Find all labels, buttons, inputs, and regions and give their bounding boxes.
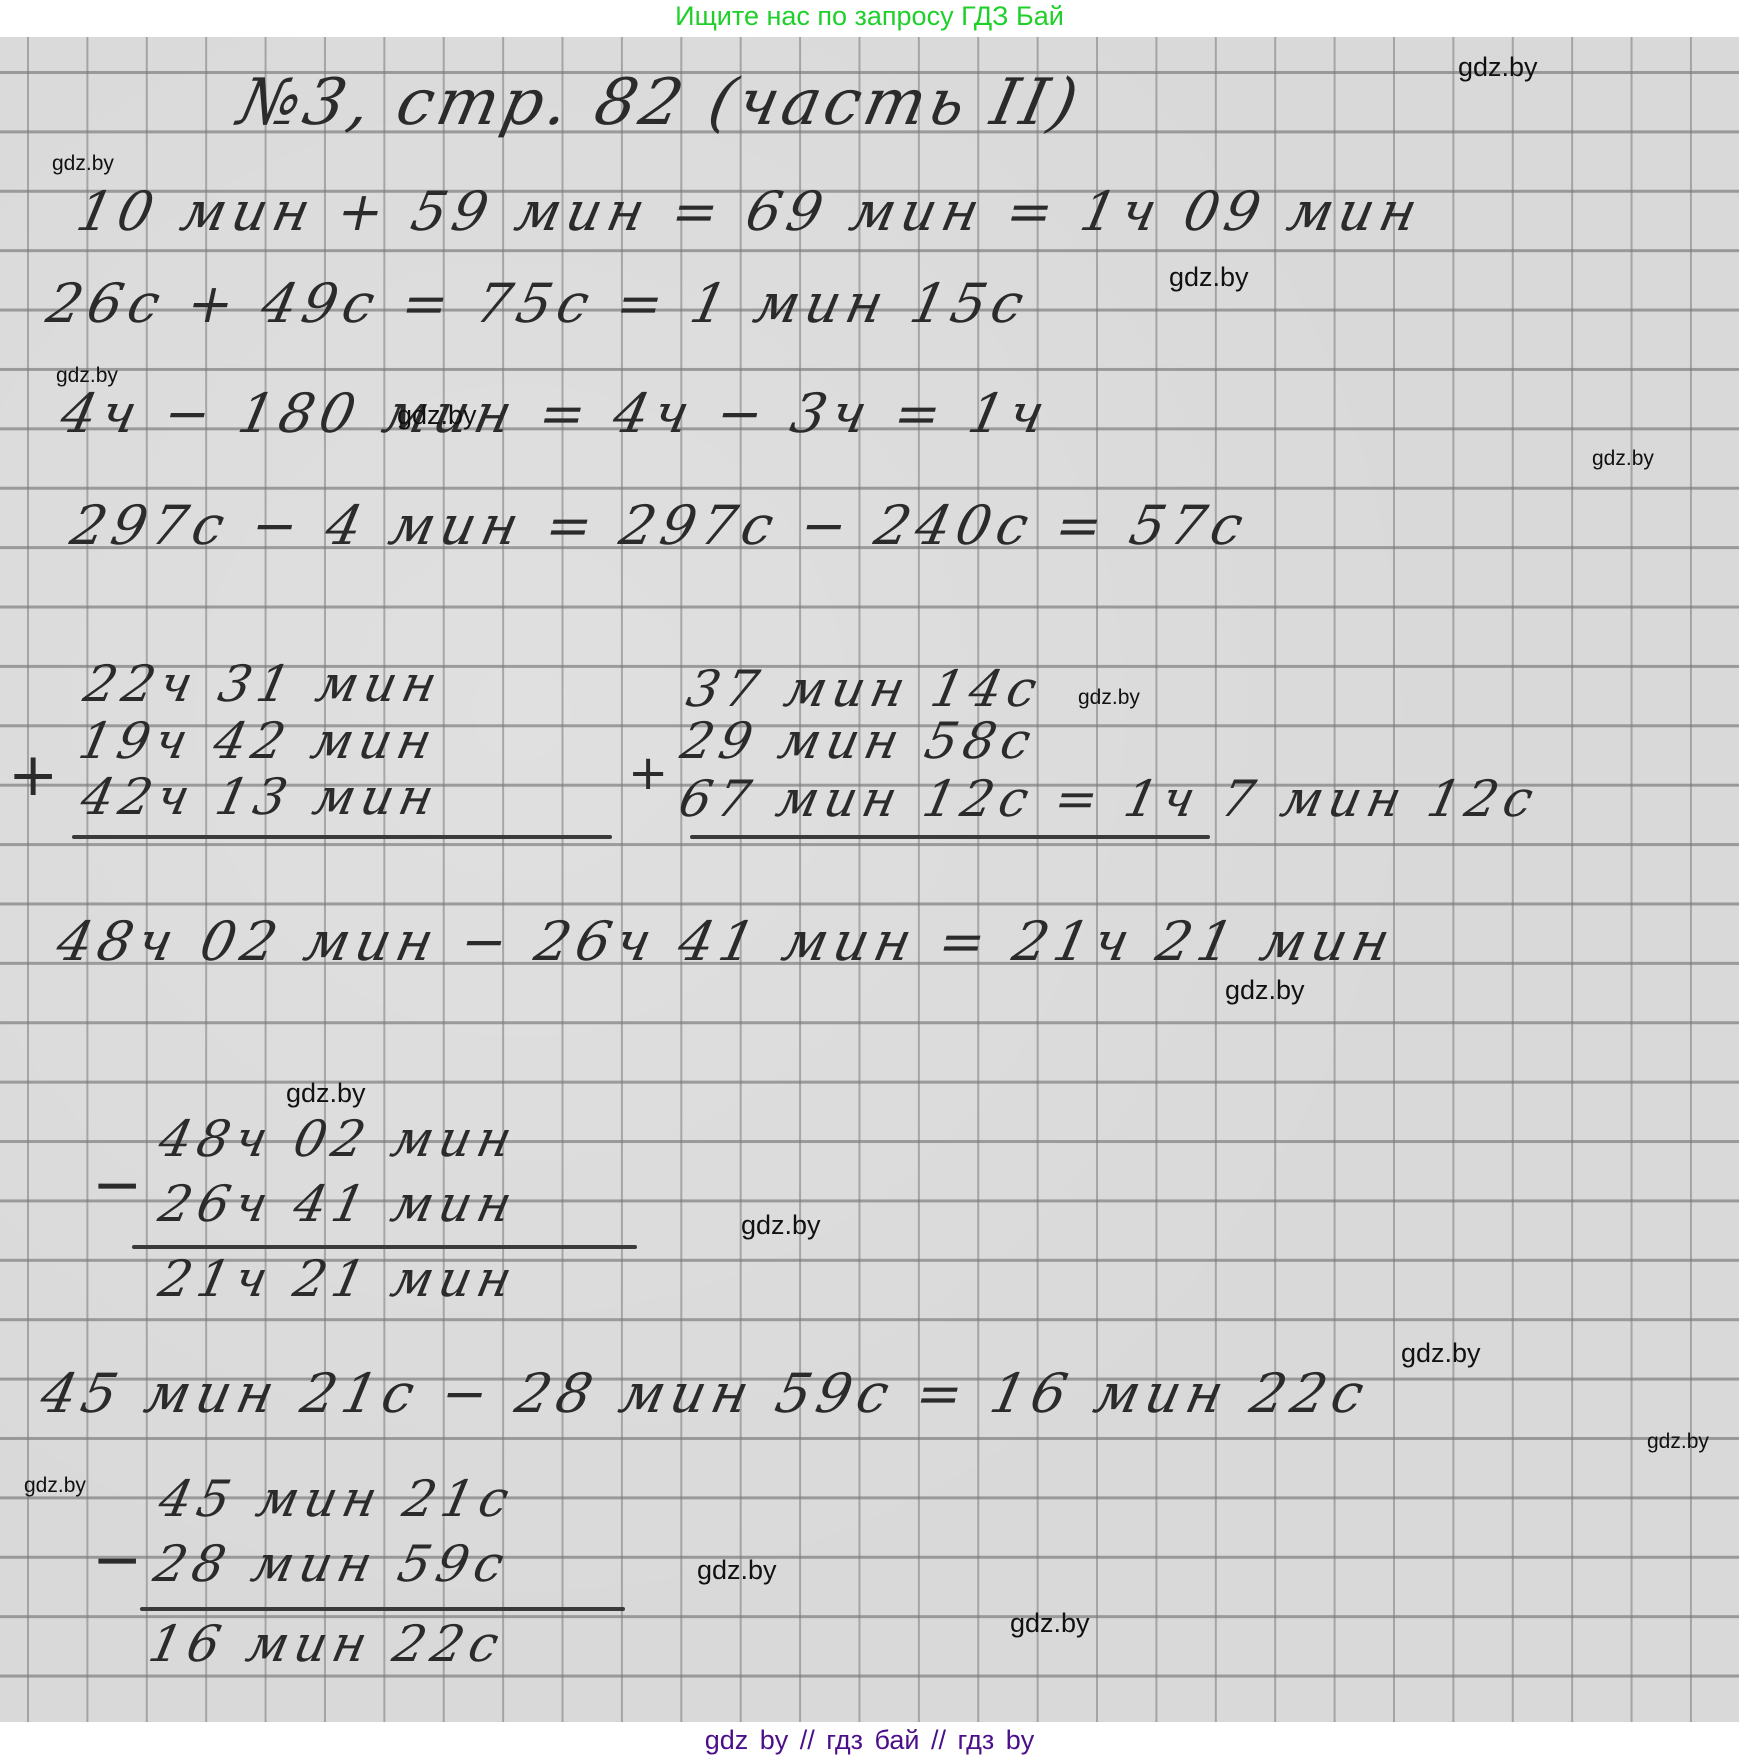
- watermark: gdz.by: [1401, 1338, 1481, 1369]
- column-sub-2-result: 16 мин 22с: [144, 1615, 510, 1673]
- difference-rule: [140, 1607, 625, 1611]
- watermark: gdz.by: [286, 1078, 366, 1109]
- watermark: gdz.by: [697, 1555, 777, 1586]
- equation-line-4: 297с − 4 мин = 297с − 240с = 57с: [65, 494, 1254, 557]
- search-banner: Ищите нас по запросу ГДЗ Бай: [0, 0, 1739, 37]
- watermark: gdz.by: [1458, 52, 1538, 83]
- equation-line-6: 45 мин 21с − 28 мин 59с = 16 мин 22с: [35, 1362, 1375, 1425]
- column-sub-2-row-1: 45 мин 21с: [154, 1470, 520, 1528]
- watermark: gdz.by: [1169, 262, 1249, 293]
- column-sub-1-row-2: 26ч 41 мин: [154, 1175, 523, 1233]
- column-sub-2-row-2: 28 мин 59с: [149, 1535, 515, 1593]
- equation-line-3: 4ч − 180 мин = 4ч − 3ч = 1ч: [55, 382, 1056, 445]
- watermark: gdz.by: [56, 364, 118, 388]
- column-add-2-row-2: 29 мин 58с: [676, 712, 1042, 770]
- column-add-1-row-1: 22ч 31 мин: [79, 655, 448, 713]
- difference-rule: [132, 1245, 637, 1249]
- watermark: gdz.by: [741, 1210, 821, 1241]
- watermark: gdz.by: [1647, 1430, 1709, 1454]
- column-add-1-row-2: 19ч 42 мин: [74, 712, 443, 770]
- equation-line-5: 48ч 02 мин − 26ч 41 мин = 21ч 21 мин: [51, 910, 1401, 973]
- footer-links: gdz by // гдз бай // гдз by: [0, 1722, 1739, 1759]
- watermark: gdz.by: [24, 1474, 86, 1498]
- sum-rule: [72, 835, 612, 839]
- watermark: gdz.by: [1010, 1608, 1090, 1639]
- equation-line-2: 26с + 49с = 75с = 1 мин 15с: [41, 272, 1035, 335]
- column-sub-1-result: 21ч 21 мин: [154, 1250, 523, 1308]
- column-sub-1-row-1: 48ч 02 мин: [154, 1110, 523, 1168]
- column-add-2-row-1: 37 мин 14с: [682, 660, 1048, 718]
- plus-sign: +: [8, 740, 58, 810]
- column-add-1-result: 42ч 13 мин: [76, 768, 445, 826]
- watermark: gdz.by: [397, 400, 477, 431]
- watermark: gdz.by: [1078, 686, 1140, 710]
- minus-sign: −: [92, 1525, 142, 1595]
- sum-rule: [690, 835, 1210, 839]
- plus-sign: +: [628, 745, 668, 801]
- watermark: gdz.by: [1225, 975, 1305, 1006]
- equation-line-1: 10 мин + 59 мин = 69 мин = 1ч 09 мин: [71, 180, 1428, 243]
- exercise-title: №3, стр. 82 (часть II): [232, 66, 1088, 140]
- column-add-2-result: 67 мин 12с = 1ч 7 мин 12с: [674, 770, 1544, 828]
- watermark: gdz.by: [52, 152, 114, 176]
- watermark: gdz.by: [1592, 447, 1654, 471]
- minus-sign: −: [92, 1150, 142, 1220]
